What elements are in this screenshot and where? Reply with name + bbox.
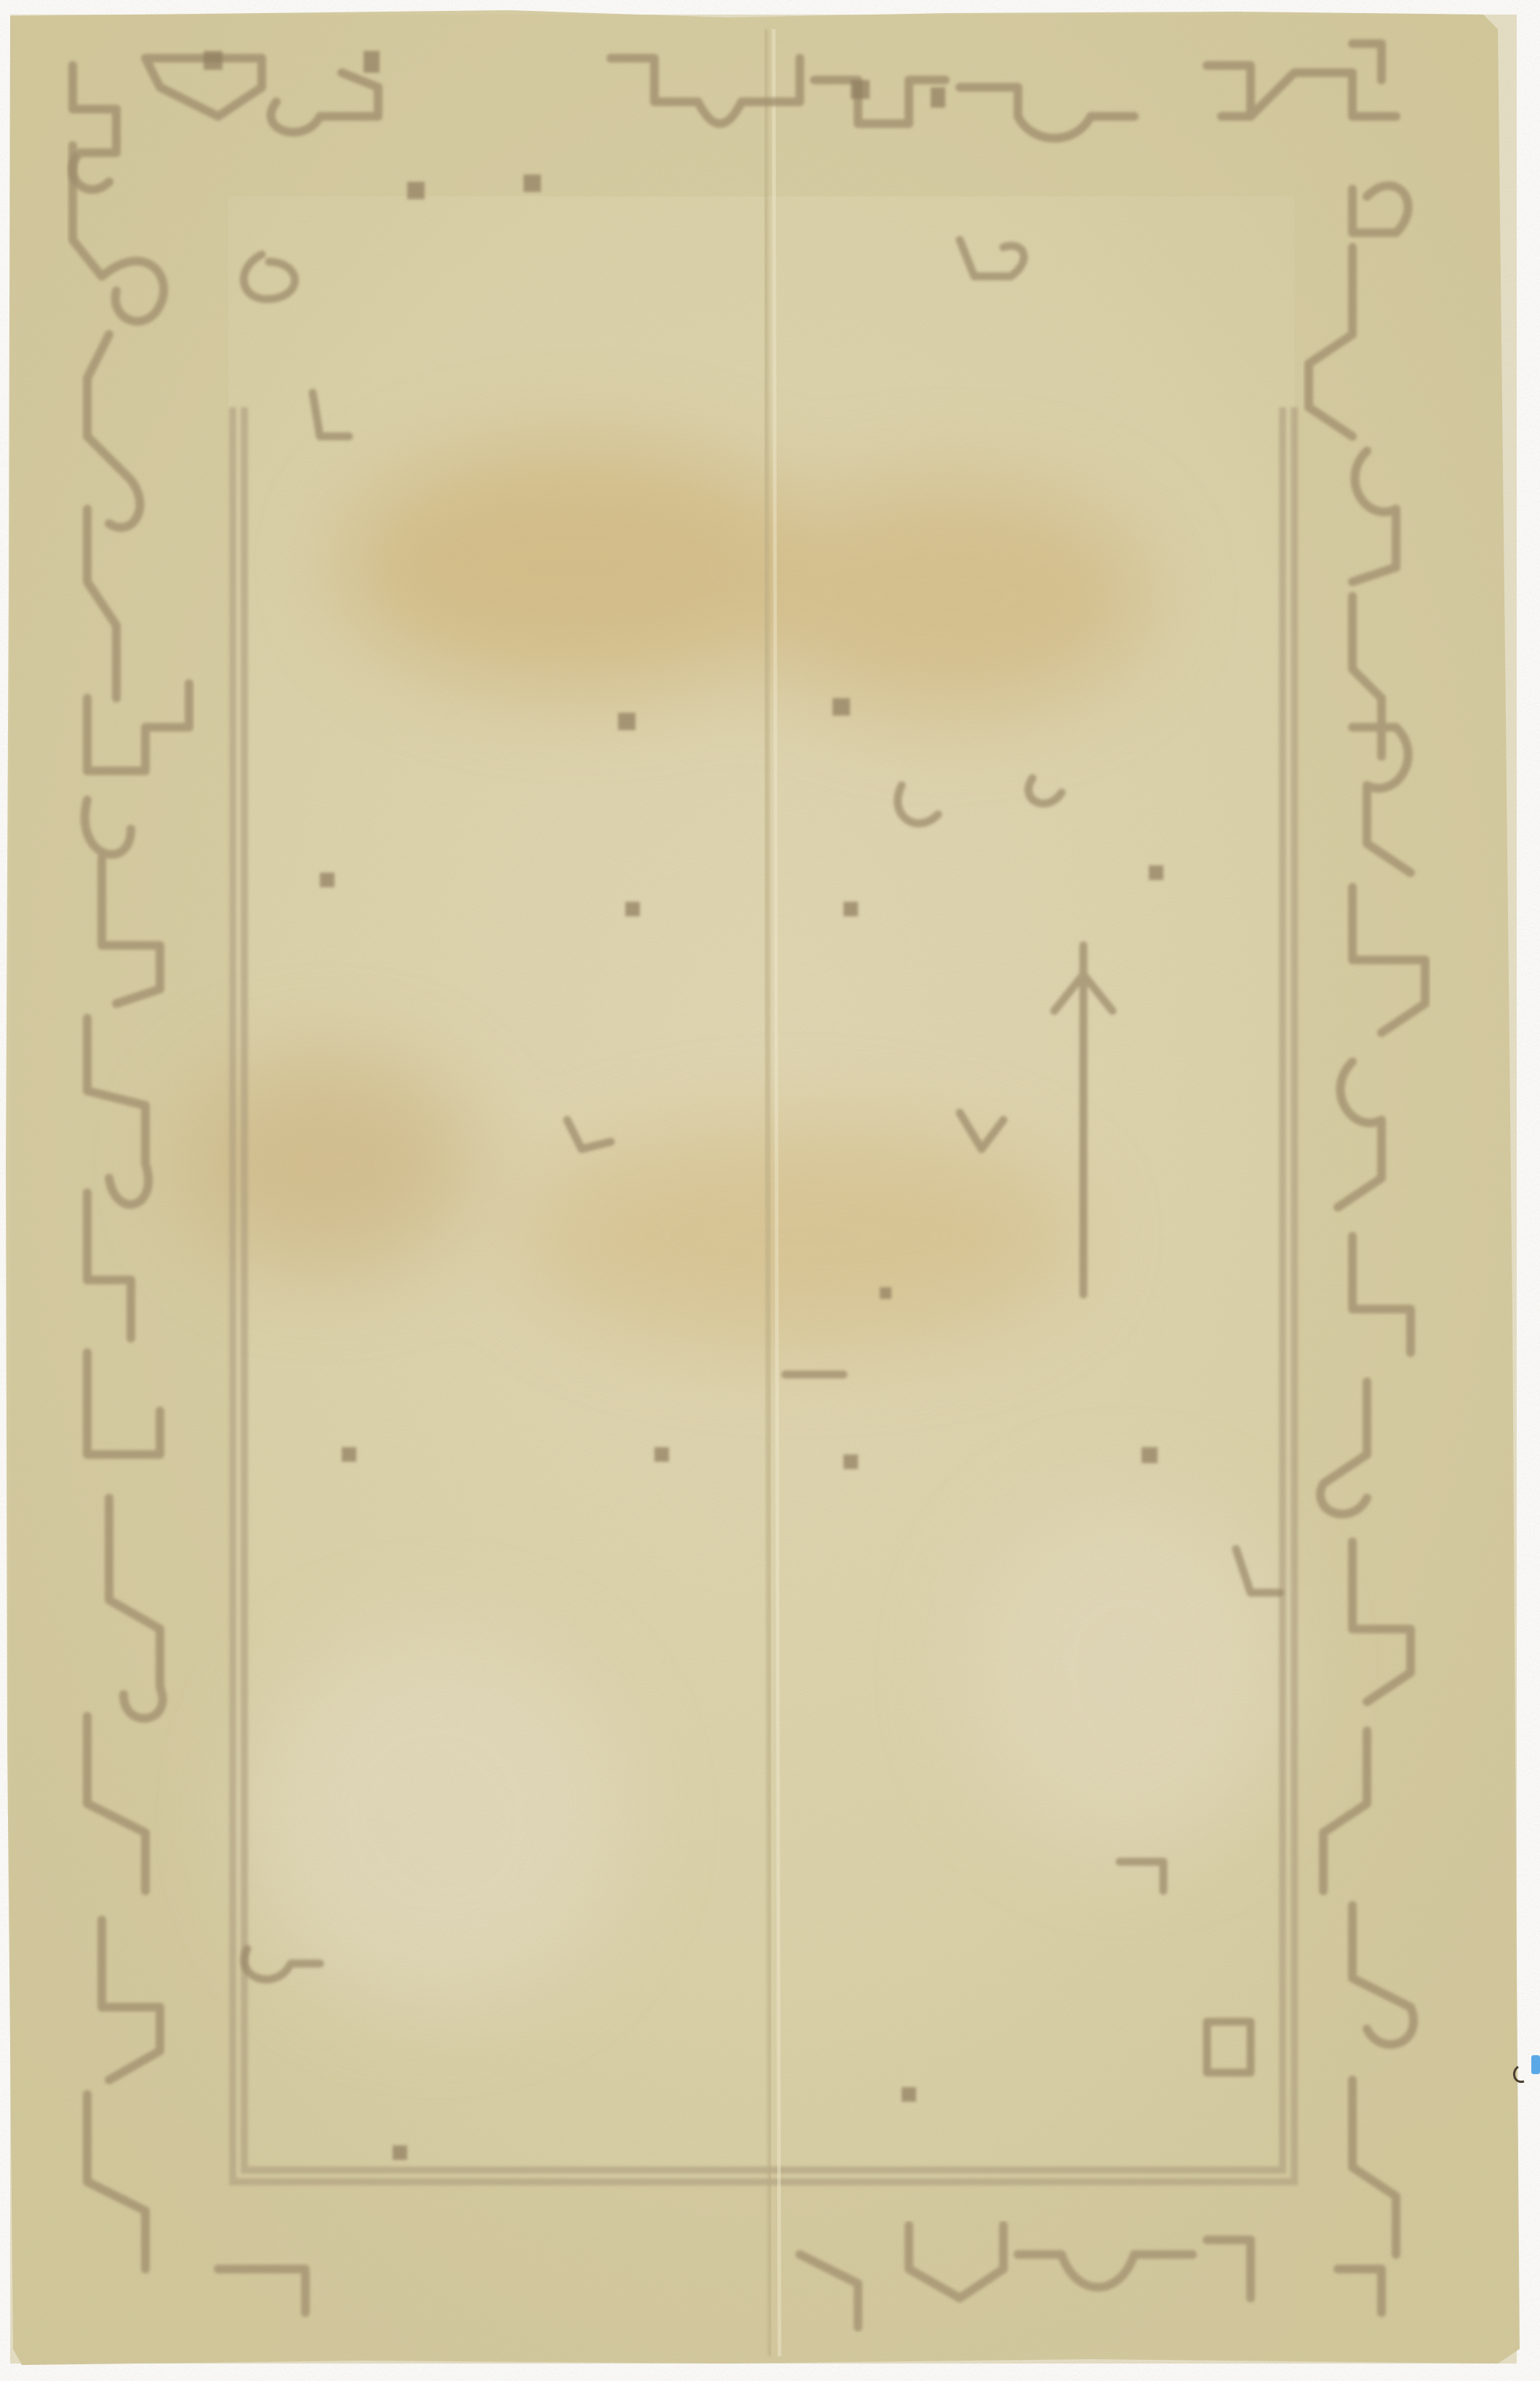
rug-photograph: Antique Oushak-style rug, top-down photo… bbox=[0, 0, 1540, 2381]
rug-illustration bbox=[0, 0, 1540, 2381]
